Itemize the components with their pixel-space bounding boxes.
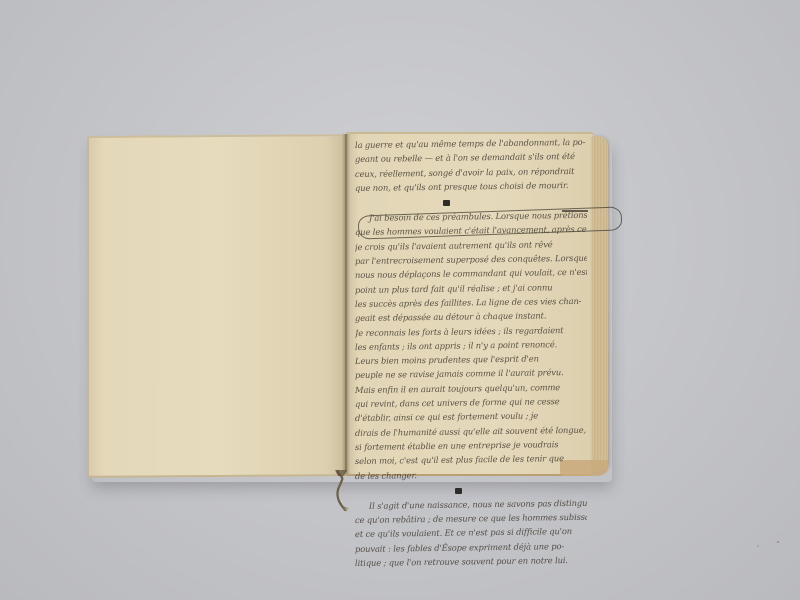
dust-speck (757, 545, 759, 547)
page-edge-stack (592, 136, 608, 472)
bookmark-ribbon-icon (330, 470, 354, 512)
handwritten-text: la guerre et qu'au même temps de l'aband… (355, 138, 587, 570)
text-line: que non, et qu'ils ont presque tous choi… (355, 178, 587, 196)
binding-thread (345, 134, 347, 472)
notebook-photo: la guerre et qu'au même temps de l'aband… (0, 0, 800, 600)
dust-speck (777, 541, 779, 543)
text-line: de les changer. (355, 465, 587, 483)
left-page-blank (87, 134, 347, 478)
paragraph-mark-icon (455, 488, 462, 494)
underline-annotation (562, 210, 588, 212)
paragraph-mark-icon (443, 200, 450, 206)
text-line: litique ; que l'on retrouve souvent pour… (355, 553, 587, 571)
